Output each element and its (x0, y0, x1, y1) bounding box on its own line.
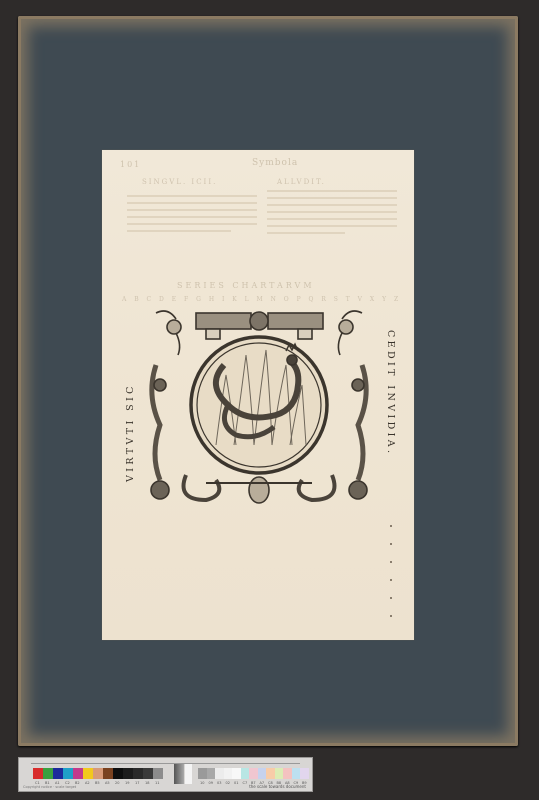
color-patch (83, 768, 93, 779)
color-patch (43, 768, 53, 779)
color-patch (53, 768, 63, 779)
color-patch-label: 03 (217, 781, 221, 785)
color-patch-label: A2 (85, 781, 90, 785)
color-patch-label: 19 (125, 781, 129, 785)
bleed-section-right: ALLVDIT. (277, 178, 326, 186)
color-patch (93, 768, 103, 779)
color-patch (153, 768, 163, 779)
color-patch (292, 768, 301, 779)
color-patch-label: 10 (200, 781, 204, 785)
color-patch (73, 768, 83, 779)
color-patch-label: C7 (243, 781, 248, 785)
target-caption-right: the scale towards document (249, 784, 306, 789)
bleed-running-head: Symbola (252, 158, 298, 168)
color-patch (143, 768, 153, 779)
color-patch-label: 17 (135, 781, 139, 785)
color-patch (215, 768, 224, 779)
color-patch (283, 768, 292, 779)
bleed-catchline: A B C D E F G H I K L M N O P Q R S T V … (122, 296, 401, 303)
color-patch (249, 768, 258, 779)
color-patch-label: 11 (155, 781, 159, 785)
color-patch (207, 768, 216, 779)
color-patch (63, 768, 73, 779)
bleed-text-column-right (267, 190, 397, 239)
color-patch-label: A5 (105, 781, 110, 785)
color-patch (224, 768, 233, 779)
color-patch (275, 768, 284, 779)
color-patch (300, 768, 309, 779)
motto-right: CEDIT INVIDIA. (385, 330, 396, 456)
label-card (185, 764, 192, 784)
gray-wedge (174, 764, 184, 784)
color-patch-label: B5 (95, 781, 100, 785)
paper-specks (390, 525, 392, 633)
motto-left: VIRTVTI SIC (125, 383, 136, 482)
scale-ruler (31, 763, 300, 764)
bleed-heading: SERIES CHARTARVM (177, 281, 315, 290)
color-patch-label: 02 (226, 781, 230, 785)
color-calibration-target: C1B1A1C2B2A2B5A52019171811 1009030201C7B… (18, 757, 313, 792)
color-patch-label: 20 (115, 781, 119, 785)
color-patch (241, 768, 250, 779)
color-patch (123, 768, 133, 779)
color-patch-label: 09 (209, 781, 213, 785)
bleed-section-left: SINGVL. ICII. (142, 178, 217, 186)
bleed-text-column-left (127, 195, 257, 237)
color-patch (113, 768, 123, 779)
color-patch (198, 768, 207, 779)
color-patch (266, 768, 275, 779)
color-patch (133, 768, 143, 779)
target-caption-left: Copyright notice · scale target (23, 785, 76, 789)
bleed-page-number: 101 (120, 160, 141, 169)
color-patch (232, 768, 241, 779)
salamander-emblem-woodcut (146, 305, 372, 510)
color-patch-label: 18 (145, 781, 149, 785)
color-patch-label: 01 (234, 781, 238, 785)
color-patch (258, 768, 267, 779)
color-patch (33, 768, 43, 779)
color-patch (103, 768, 113, 779)
